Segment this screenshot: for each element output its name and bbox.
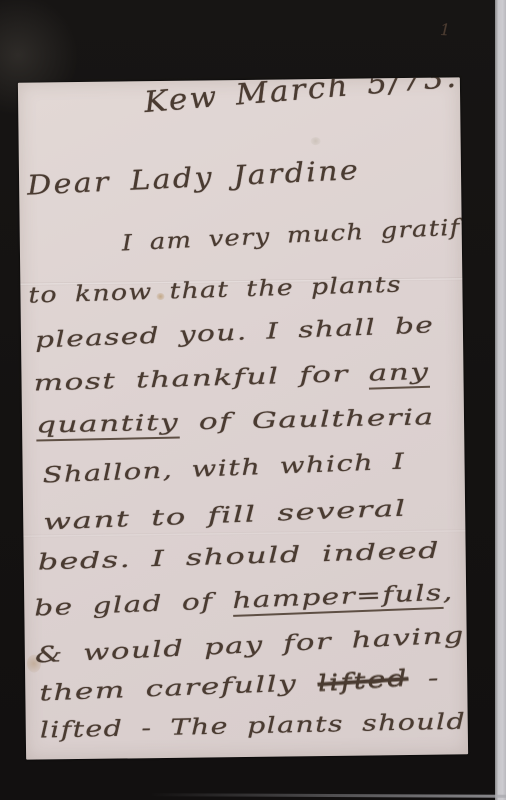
- line-text: & would pay for having: [34, 623, 465, 668]
- handwriting-line: lifted - The plants should: [40, 710, 467, 744]
- handwriting-line: want to fill several: [43, 496, 407, 535]
- line-text: pleased you. I shall be: [35, 313, 435, 353]
- underlined-word: quantity: [36, 411, 180, 442]
- line-text: ,: [442, 580, 454, 605]
- line-text: lifted - The plants should: [40, 710, 467, 744]
- underlined-word: hamper=fuls: [232, 581, 443, 617]
- scanner-edge-strip: [495, 0, 506, 800]
- underlined-word: any: [368, 360, 429, 390]
- salutation-text: Dear Lady Jardine: [26, 155, 360, 202]
- handwriting-line: beds. I should indeed: [37, 539, 440, 576]
- scanned-letter-photo: 1 Kew March 5/73. Dear Lady Jardine I am…: [0, 0, 506, 800]
- line-text: be glad of: [34, 589, 233, 622]
- line-text: I am very much gratified: [121, 213, 468, 256]
- line-text: want to fill several: [43, 496, 407, 535]
- line-text: -: [408, 666, 441, 692]
- line-text: most thankful for: [33, 362, 369, 397]
- date-text: Kew March 5/73.: [143, 77, 459, 119]
- line-text: beds. I should indeed: [37, 539, 440, 576]
- handwriting-line: quantity of Gaultheria: [36, 405, 435, 438]
- line-text: Shallon, with which I: [42, 450, 406, 489]
- paper-stain: [311, 137, 321, 145]
- page-number: 1: [440, 20, 451, 39]
- date-line: Kew March 5/73.: [143, 77, 459, 119]
- line-text: them carefully: [39, 671, 318, 707]
- handwriting-line: most thankful for any: [33, 360, 430, 397]
- handwriting-line: I am very much gratified: [121, 213, 468, 256]
- handwriting-line: Shallon, with which I: [42, 450, 406, 489]
- letter-page: Kew March 5/73. Dear Lady Jardine I am v…: [18, 77, 468, 759]
- handwriting-line: them carefully lifted -: [39, 666, 441, 706]
- handwriting-line: pleased you. I shall be: [35, 313, 435, 353]
- line-text: to know that the plants: [28, 273, 402, 309]
- crossed-out-word: lifted: [316, 666, 409, 697]
- line-text: of Gaultheria: [179, 405, 435, 435]
- handwriting-line: to know that the plants: [28, 273, 402, 309]
- scan-bottom-edge-highlight: [150, 793, 506, 798]
- salutation-line: Dear Lady Jardine: [26, 155, 360, 202]
- handwriting-line: & would pay for having: [34, 623, 465, 668]
- handwriting-line: be glad of hamper=fuls,: [34, 580, 454, 621]
